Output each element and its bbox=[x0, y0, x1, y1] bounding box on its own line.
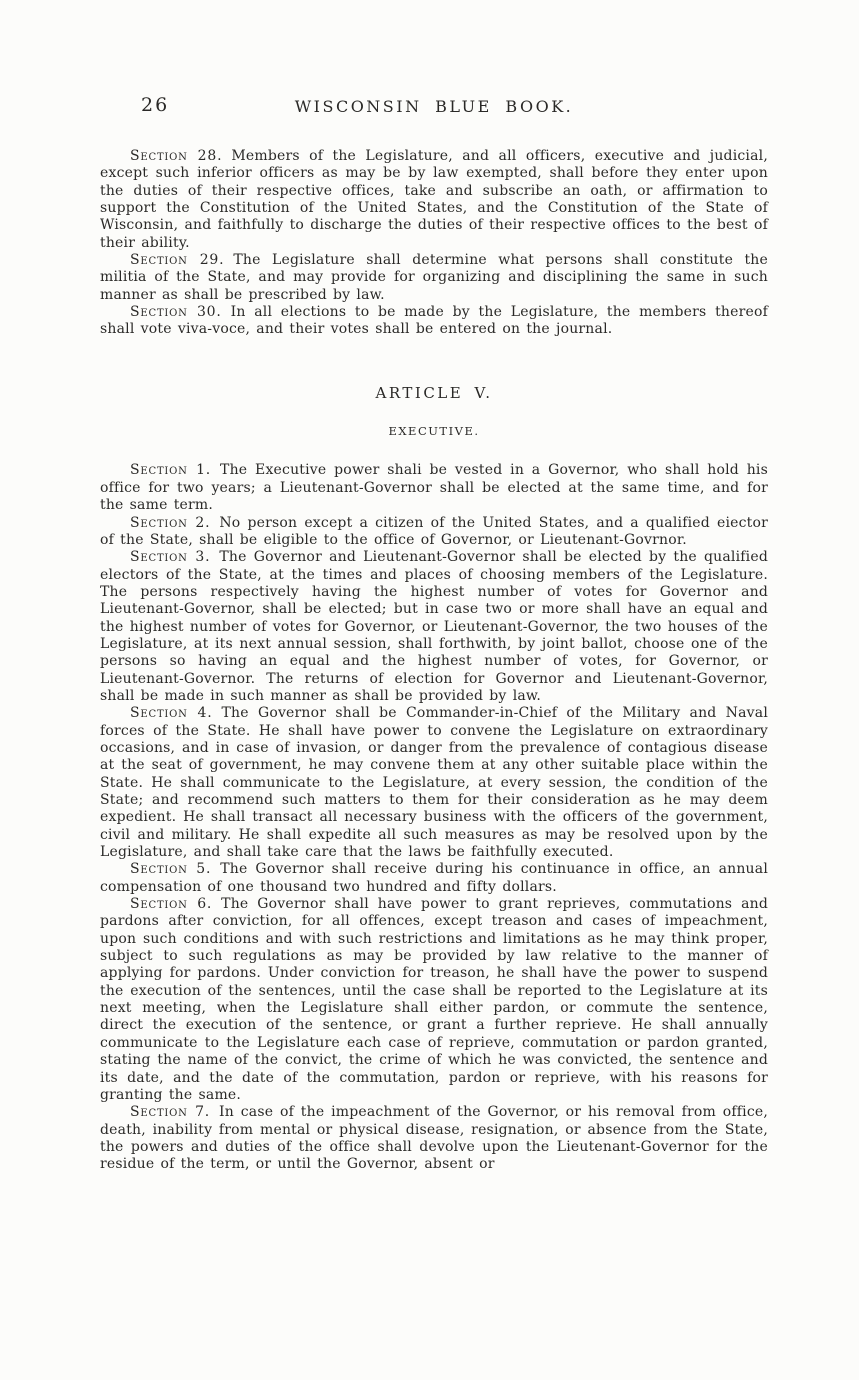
paragraph-section-4: Section 4.The Governor shall be Commande… bbox=[100, 705, 768, 861]
section-28-label: Section 28. bbox=[130, 148, 222, 164]
paragraph-section-2: Section 2.No person except a citizen of … bbox=[100, 515, 768, 550]
paragraph-section-6: Section 6.The Governor shall have power … bbox=[100, 896, 768, 1104]
running-header-title: WISCONSIN BLUE BOOK. bbox=[100, 97, 768, 116]
article-subheading: EXECUTIVE. bbox=[100, 423, 768, 440]
article-v-heading-block: ARTICLE V. EXECUTIVE. bbox=[100, 385, 768, 441]
section-1-label: Section 1. bbox=[130, 462, 211, 478]
section-3-text: The Governor and Lieutenant-Governor sha… bbox=[100, 549, 768, 704]
article-heading: ARTICLE V. bbox=[100, 385, 768, 402]
section-2-label: Section 2. bbox=[130, 515, 210, 531]
book-page: 26 WISCONSIN BLUE BOOK. Section 28.Membe… bbox=[0, 0, 859, 1380]
section-4-text: The Governor shall be Commander-in-Chief… bbox=[100, 705, 768, 860]
paragraph-section-29: Section 29.The Legislature shall determi… bbox=[100, 252, 768, 304]
section-4-label: Section 4. bbox=[130, 705, 212, 721]
section-7-label: Section 7. bbox=[130, 1104, 210, 1120]
section-6-label: Section 6. bbox=[130, 896, 212, 912]
paragraph-section-3: Section 3.The Governor and Lieutenant-Go… bbox=[100, 549, 768, 705]
section-3-label: Section 3. bbox=[130, 549, 210, 565]
paragraph-section-30: Section 30.In all elections to be made b… bbox=[100, 304, 768, 339]
section-30-label: Section 30. bbox=[130, 304, 222, 320]
section-29-label: Section 29. bbox=[130, 252, 224, 268]
section-6-text: The Governor shall have power to grant r… bbox=[100, 896, 768, 1103]
paragraph-section-7: Section 7.In case of the impeachment of … bbox=[100, 1104, 768, 1173]
paragraph-section-1: Section 1.The Executive power shali be v… bbox=[100, 462, 768, 514]
paragraph-section-28: Section 28.Members of the Legislature, a… bbox=[100, 148, 768, 252]
section-5-label: Section 5. bbox=[130, 861, 211, 877]
paragraph-section-5: Section 5.The Governor shall receive dur… bbox=[100, 861, 768, 896]
article-v-sections: Section 1.The Executive power shali be v… bbox=[100, 462, 768, 1173]
page-text-block: Section 28.Members of the Legislature, a… bbox=[100, 148, 768, 1174]
